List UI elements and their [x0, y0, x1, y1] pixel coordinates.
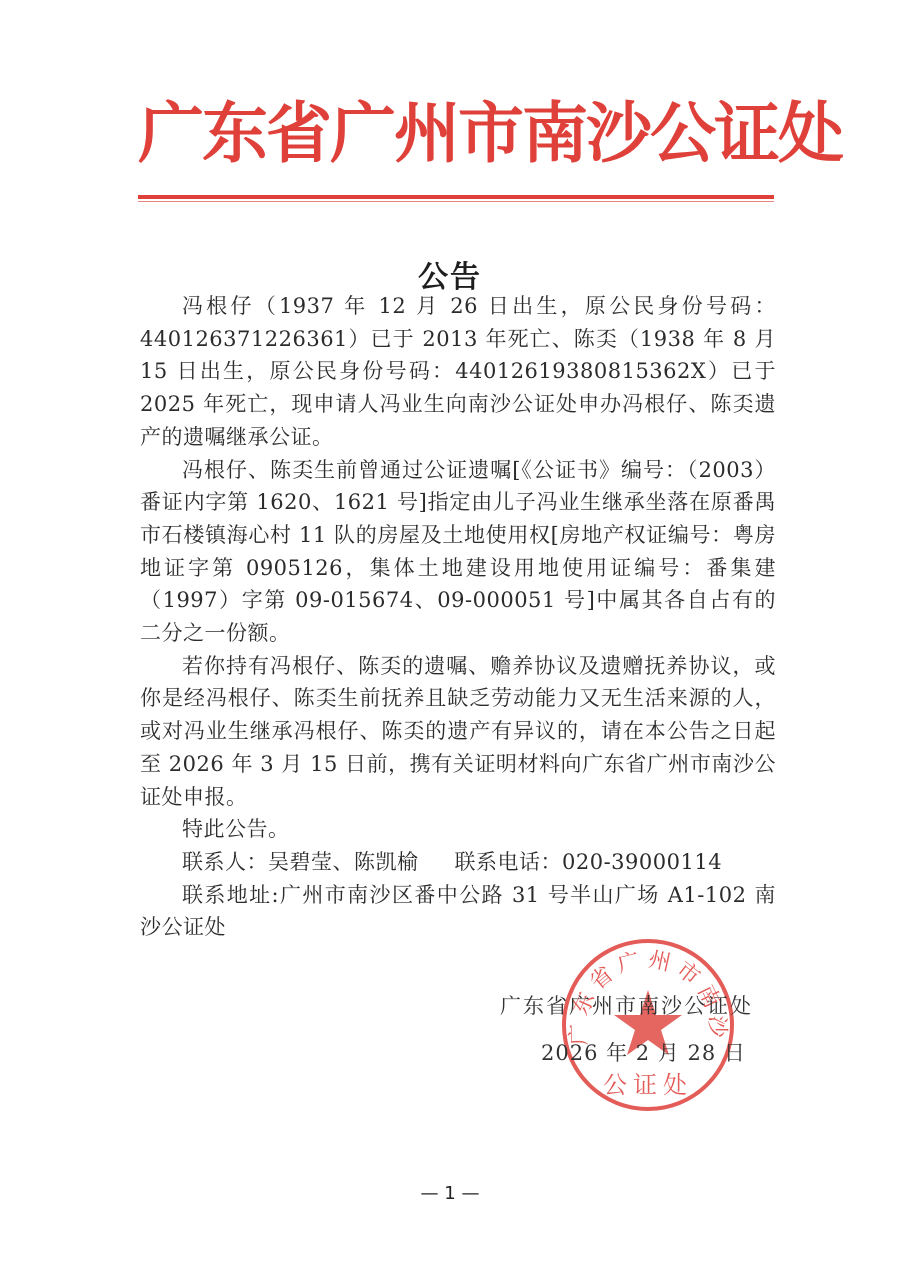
contact-address-label: 联系地址: — [182, 883, 279, 907]
page-number: — 1 — — [0, 1183, 900, 1204]
contact-phone-label: 联系电话： — [455, 850, 563, 874]
paragraph-objection-notice: 若你持有冯根仔、陈奀的遗嘱、赡养协议及遗赠抚养协议，或你是经冯根仔、陈奀生前抚养… — [140, 650, 776, 814]
letterhead-rule-thick — [138, 195, 774, 199]
paragraph-deceased-info: 冯根仔（1937 年 12 月 26 日出生，原公民身份号码：440126371… — [140, 290, 776, 454]
contact-line: 联系人：吴碧莹、陈凯榆联系电话：020-39000114 — [140, 846, 776, 879]
letterhead-org-name: 广东省广州市南沙公证处 — [138, 88, 778, 178]
paragraph-closing: 特此公告。 — [140, 813, 776, 846]
official-seal-icon: 广东省广州市南沙 公证处 — [558, 935, 738, 1115]
document-body: 冯根仔（1937 年 12 月 26 日出生，原公民身份号码：440126371… — [140, 290, 776, 944]
paragraph-will-details: 冯根仔、陈奀生前曾通过公证遗嘱[《公证书》编号：（2003）番证内字第 1620… — [140, 454, 776, 650]
contact-persons: 吴碧莹、陈凯榆 — [268, 850, 419, 874]
contact-persons-label: 联系人： — [182, 850, 268, 874]
svg-text:公证处: 公证处 — [603, 1071, 693, 1099]
contact-phone: 020-39000114 — [562, 850, 722, 874]
signature-org: 广东省广州市南沙公证处 — [500, 990, 753, 1020]
signature-date: 2026 年 2 月 28 日 — [541, 1037, 746, 1067]
letterhead-rule-thin — [138, 201, 774, 202]
